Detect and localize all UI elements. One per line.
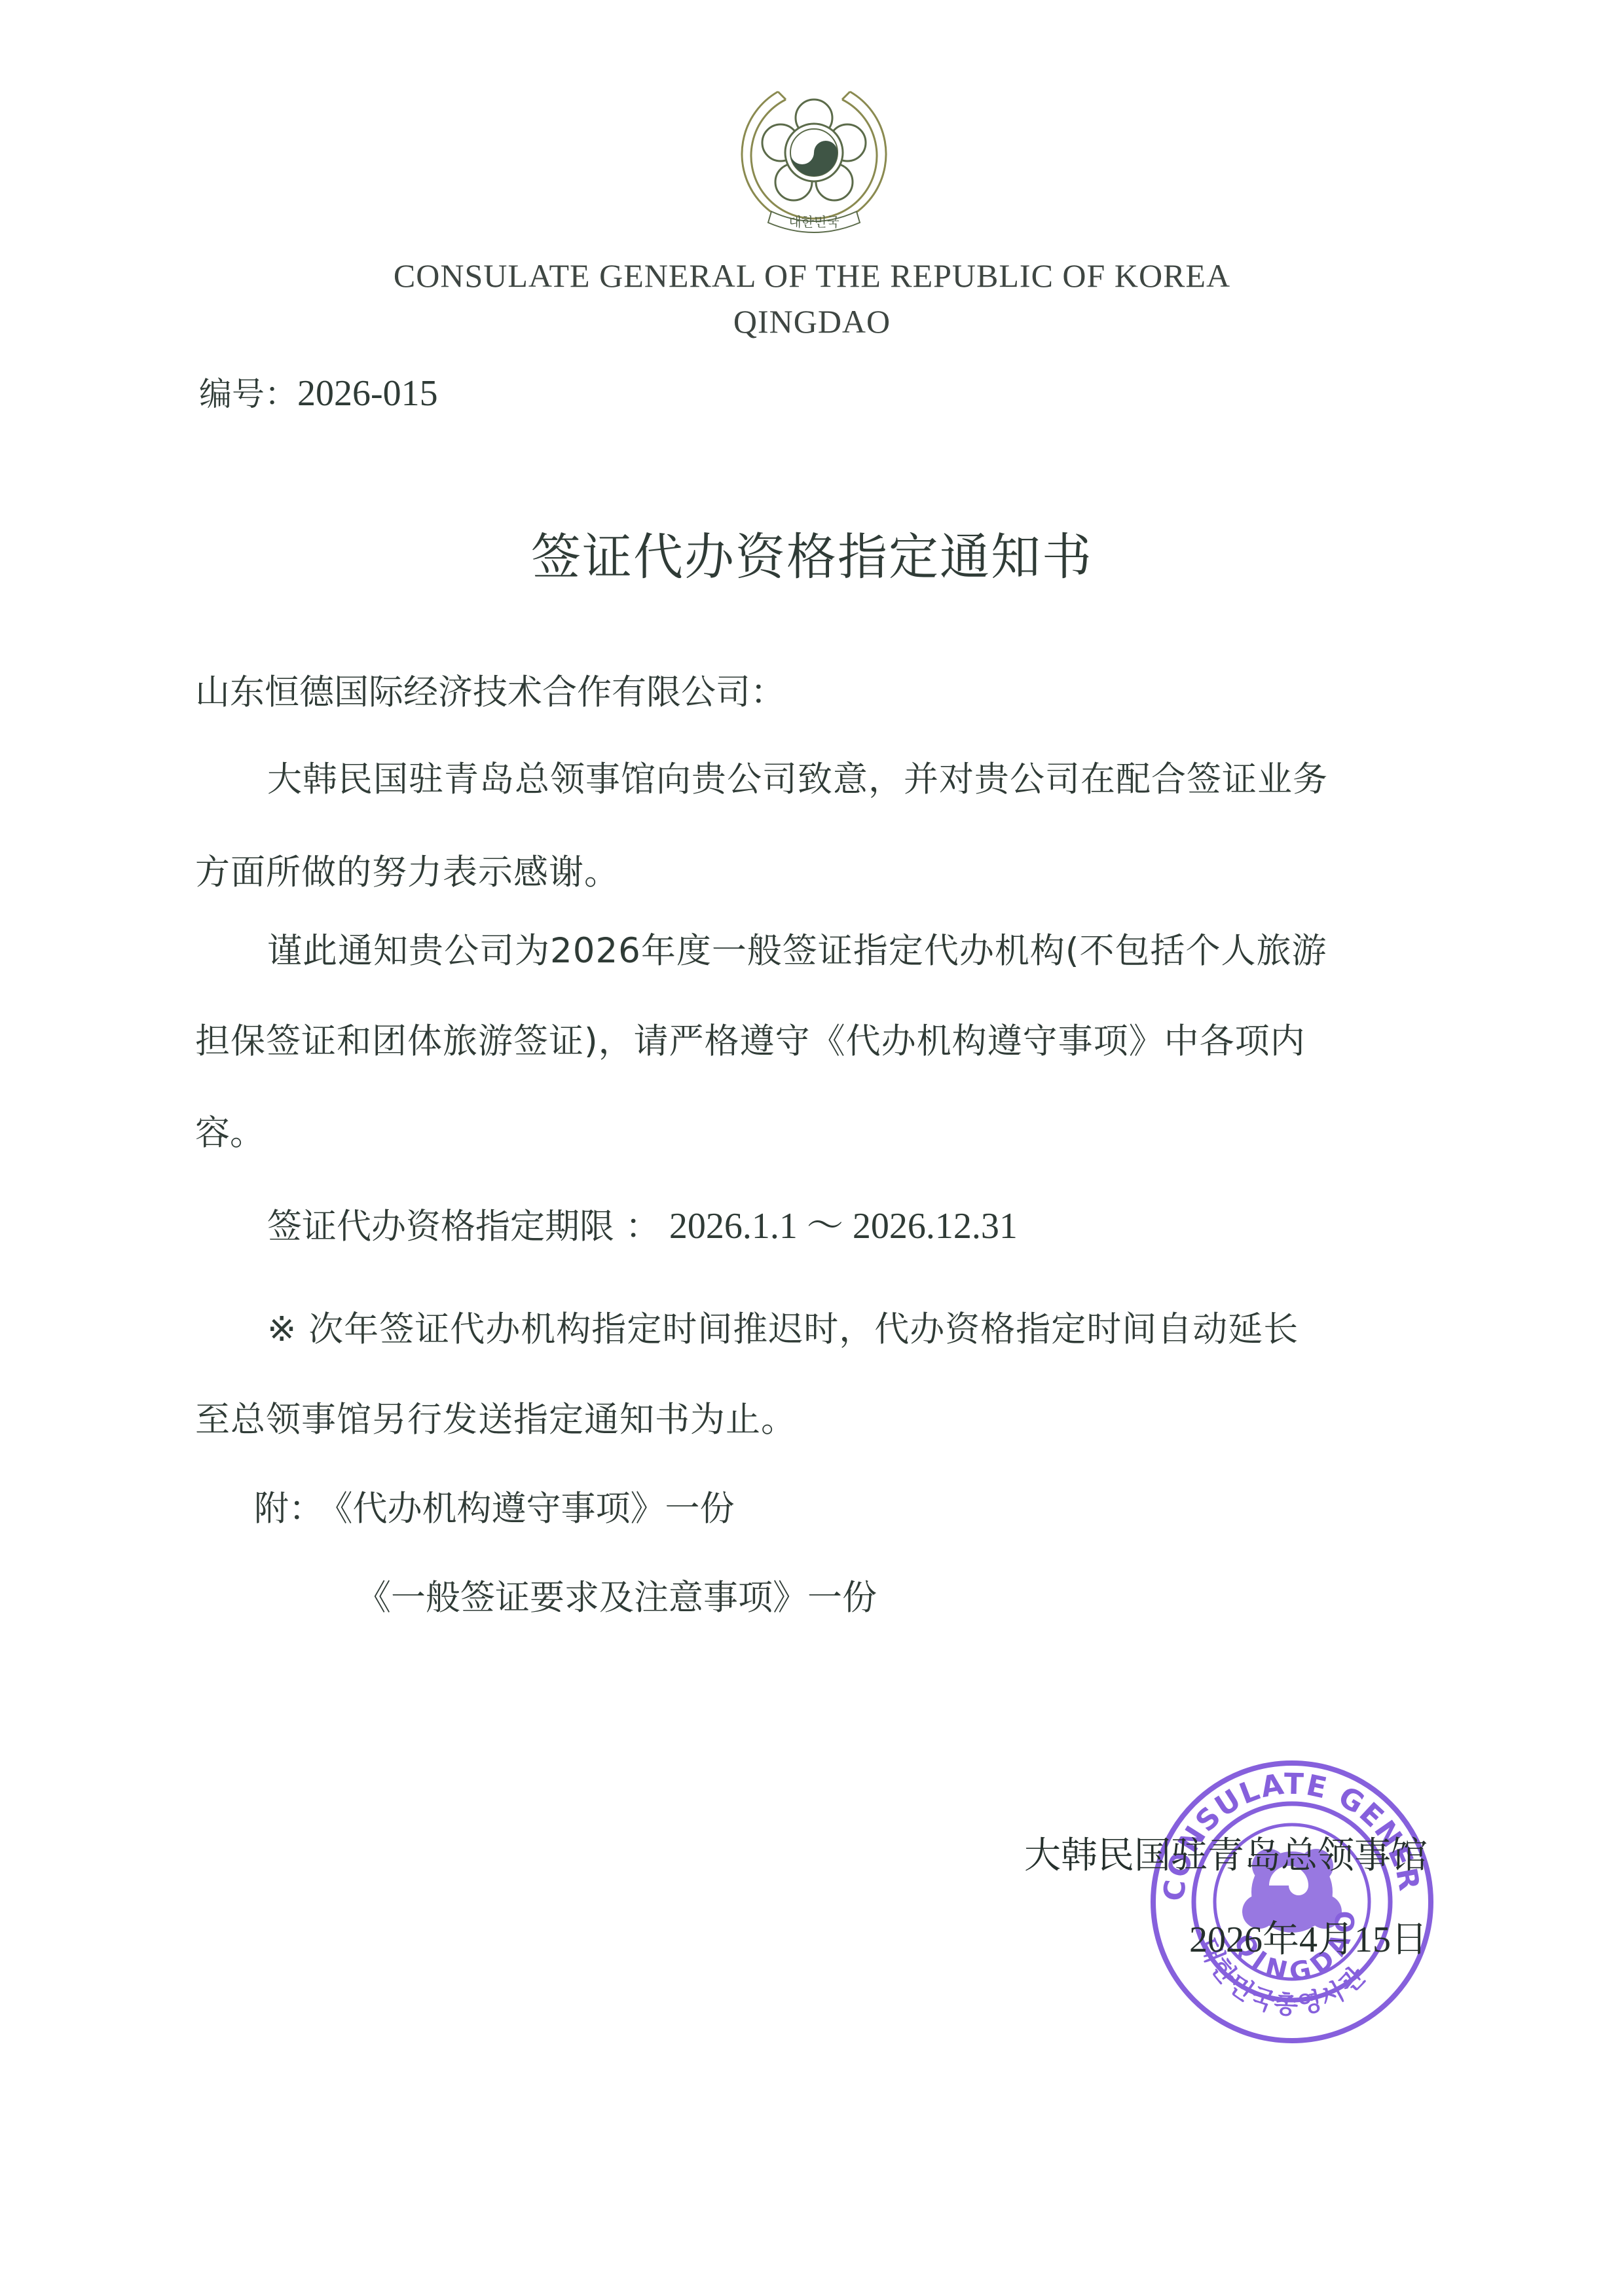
korea-national-emblem-icon: 대한민국 (732, 77, 896, 241)
signature-date: 2026年4月15日 (1189, 1910, 1428, 1963)
document-number-label: 编号： (199, 375, 297, 413)
document-number-value: 2026-015 (297, 373, 438, 414)
validity-separator: ～ (807, 1206, 843, 1247)
attachment-label: 附： (254, 1489, 323, 1529)
page-title: 签证代办资格指定通知书 (0, 517, 1624, 589)
attachment-2: 《一般签证要求及注意事项》一份 (356, 1570, 877, 1620)
consulate-city: QINGDAO (0, 302, 1624, 340)
paragraph-2-line-3: 容。 (195, 1105, 265, 1155)
validity-label: 签证代办资格指定期限 ： (267, 1207, 660, 1247)
consulate-official-seal-icon: CONSULATE GENERAL OF THE REPUBLIC OF KOR… (1145, 1755, 1439, 2049)
attachment-item: 《一般签证要求及注意事项》一份 (356, 1578, 877, 1618)
attachment-item: 《代办机构遵守事项》一份 (335, 1489, 735, 1529)
validity-end: 2026.12.31 (853, 1206, 1018, 1247)
note-line-1: ※ 次年签证代办机构指定时间推迟时，代办资格指定时间自动延长 (267, 1302, 1299, 1351)
attachment-1: 附：《代办机构遵守事项》一份 (254, 1481, 735, 1531)
note-line-2: 至总领事馆另行发送指定通知书为止。 (195, 1392, 796, 1442)
paragraph-1-line-1: 大韩民国驻青岛总领事馆向贵公司致意，并对贵公司在配合签证业务 (267, 752, 1328, 801)
svg-text:대한민국: 대한민국 (788, 214, 839, 230)
validity-period: 签证代办资格指定期限 ：2026.1.1 ～ 2026.12.31 (267, 1197, 1018, 1249)
document-number: 编号：2026-015 (199, 368, 438, 415)
paragraph-2-line-1: 谨此通知贵公司为2026年度一般签证指定代办机构(不包括个人旅游 (267, 923, 1327, 973)
signature-organization: 大韩民国驻青岛总领事馆 (1024, 1827, 1428, 1879)
validity-start: 2026.1.1 (669, 1206, 798, 1247)
addressee: 山东恒德国际经济技术合作有限公司： (195, 665, 785, 714)
consulate-name-english: CONSULATE GENERAL OF THE REPUBLIC OF KOR… (0, 257, 1624, 295)
paragraph-2-line-2: 担保签证和团体旅游签证)，请严格遵守《代办机构遵守事项》中各项内 (195, 1013, 1306, 1063)
paragraph-1-line-2: 方面所做的努力表示感谢。 (195, 845, 619, 894)
